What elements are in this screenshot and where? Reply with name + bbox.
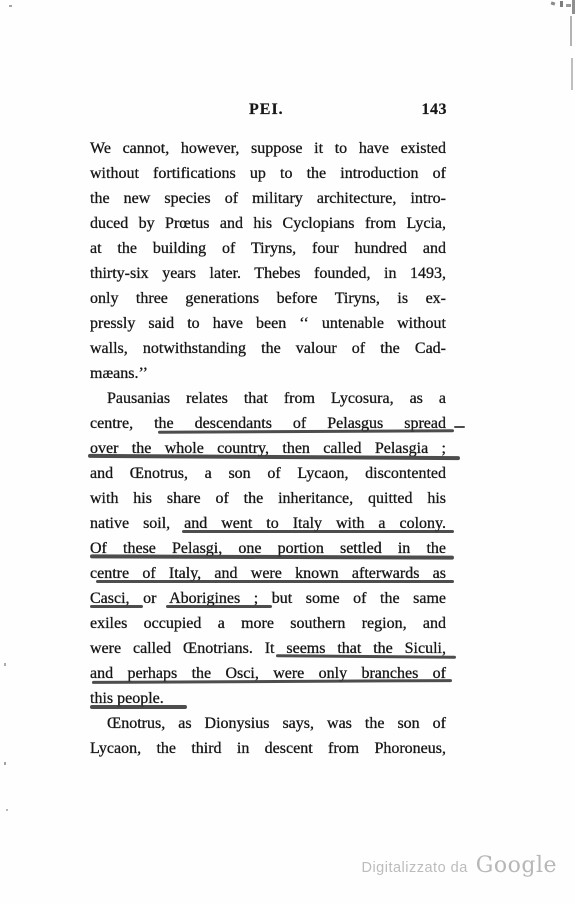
paragraph: Pausanias relates that from Lycosura, as…	[90, 386, 446, 711]
pencil-underline	[454, 426, 465, 428]
pencil-underline	[90, 605, 143, 608]
google-watermark: Digitalizzato da Google	[361, 853, 557, 878]
text-line: We cannot, however, suppose it to have e…	[90, 136, 446, 161]
scan-artifact	[560, 1, 563, 7]
text-line: mæans.’’	[90, 361, 446, 386]
google-logo: Google	[476, 853, 557, 878]
text-line: thirty-six years later. Thebes founded, …	[90, 261, 446, 286]
page-number: 143	[422, 101, 448, 119]
scan-artifact	[4, 663, 6, 666]
text-line: Œnotrus, as Dionysius says, was the son …	[90, 711, 446, 736]
text-line: exiles occupied a more southern region, …	[90, 611, 446, 636]
running-title: PEI.	[249, 101, 284, 119]
pencil-underline	[166, 605, 272, 608]
text-line: only three generations before Tiryns, is…	[90, 286, 446, 311]
text-line: without fortifications up to the introdu…	[90, 161, 446, 186]
paragraph: We cannot, however, suppose it to have e…	[90, 136, 446, 386]
text-line: walls, notwithstanding the valour of the…	[90, 336, 446, 361]
scan-artifact	[9, 5, 12, 7]
scan-artifact	[566, 4, 571, 7]
scan-artifact	[551, 1, 556, 5]
pencil-underline	[90, 705, 187, 709]
scan-artifact	[571, 58, 573, 90]
pencil-underline	[96, 580, 454, 583]
scan-artifact	[4, 762, 6, 765]
scan-artifact	[570, 16, 572, 46]
text-line: pressly said to have been ‘‘ untenable w…	[90, 311, 446, 336]
text-line: at the building of Tiryns, four hundred …	[90, 236, 446, 261]
text-line: Lycaon, the third in descent from Phoron…	[90, 736, 446, 761]
text-block: We cannot, however, suppose it to have e…	[90, 136, 446, 761]
watermark-text: Digitalizzato da	[361, 860, 467, 876]
text-line: duced by Prœtus and his Cyclopians from …	[90, 211, 446, 236]
paragraph: Œnotrus, as Dionysius says, was the son …	[90, 711, 446, 761]
text-line: and Œnotrus, a son of Lycaon, discontent…	[90, 461, 446, 486]
text-line: Pausanias relates that from Lycosura, as…	[90, 386, 446, 411]
pencil-underline	[182, 530, 454, 533]
text-line: the new species of military architecture…	[90, 186, 446, 211]
text-line: with his share of the inheritance, quitt…	[90, 486, 446, 511]
scan-artifact	[6, 809, 8, 811]
scanned-book-page: PEI. 143 We cannot, however, suppose it …	[0, 0, 575, 904]
